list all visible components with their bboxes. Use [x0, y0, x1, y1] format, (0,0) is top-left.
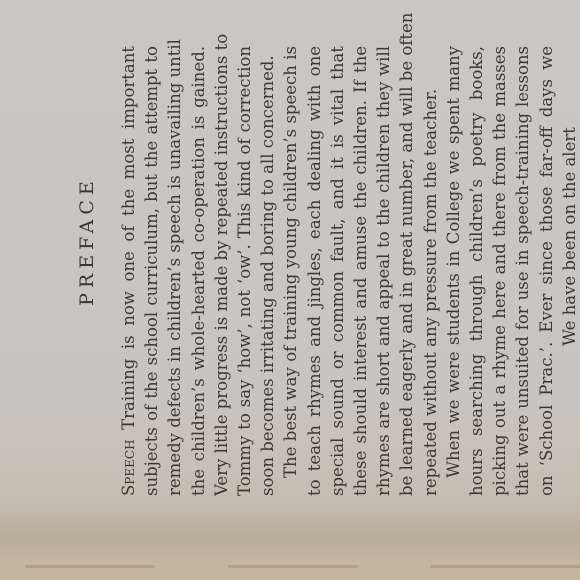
text-line: repeated without any pressure from the t…	[419, 46, 442, 496]
text-line: rhymes are short and appeal to the child…	[372, 46, 395, 496]
text-line: that were unsuited for use in speech-tra…	[511, 46, 534, 496]
text-line: Speech Training is now one of the most i…	[117, 46, 140, 496]
lead-word: Speech	[119, 439, 138, 496]
text-line: Very little progress is made by repeated…	[210, 46, 233, 496]
text-line: We have been on the alert	[558, 0, 580, 496]
text-line: When we were students in College we spen…	[442, 46, 465, 496]
text-line: The best way of training young children’…	[279, 46, 302, 496]
paragraph-2: The best way of training young children’…	[279, 16, 441, 496]
page-text-block: PREFACE Speech Training is now one of th…	[75, 16, 580, 496]
text-line: be learned eagerly and in great number, …	[395, 46, 418, 496]
text-line: soon becomes irritating and boring to al…	[256, 46, 279, 496]
text-line: Tommy to say ‘how’, not ‘ow’. This kind …	[233, 46, 256, 496]
page-heading: PREFACE	[75, 16, 99, 496]
rotated-page: PREFACE Speech Training is now one of th…	[0, 0, 580, 580]
text-line: these should interest and amuse the chil…	[349, 46, 372, 496]
text-line: hours searching through children’s poetr…	[465, 46, 488, 496]
text-line: picking out a rhyme here and there from …	[488, 46, 511, 496]
paragraph-1: Speech Training is now one of the most i…	[117, 16, 279, 496]
text-line: special sound or common fault, and it is…	[326, 46, 349, 496]
text-line: remedy defects in children’s speech is u…	[163, 46, 186, 496]
text-line: to teach rhymes and jingles, each dealin…	[303, 46, 326, 496]
paragraph-3: When we were students in College we spen…	[442, 16, 558, 496]
book-page-photo: PREFACE Speech Training is now one of th…	[0, 0, 580, 580]
text-line: the children’s whole-hearted co-operatio…	[187, 46, 210, 496]
paragraph-4: We have been on the alert	[558, 16, 580, 496]
text-line: on ‘School Prac.’. Ever since those far-…	[535, 46, 558, 496]
text-line: subjects of the school curriculum, but t…	[140, 46, 163, 496]
